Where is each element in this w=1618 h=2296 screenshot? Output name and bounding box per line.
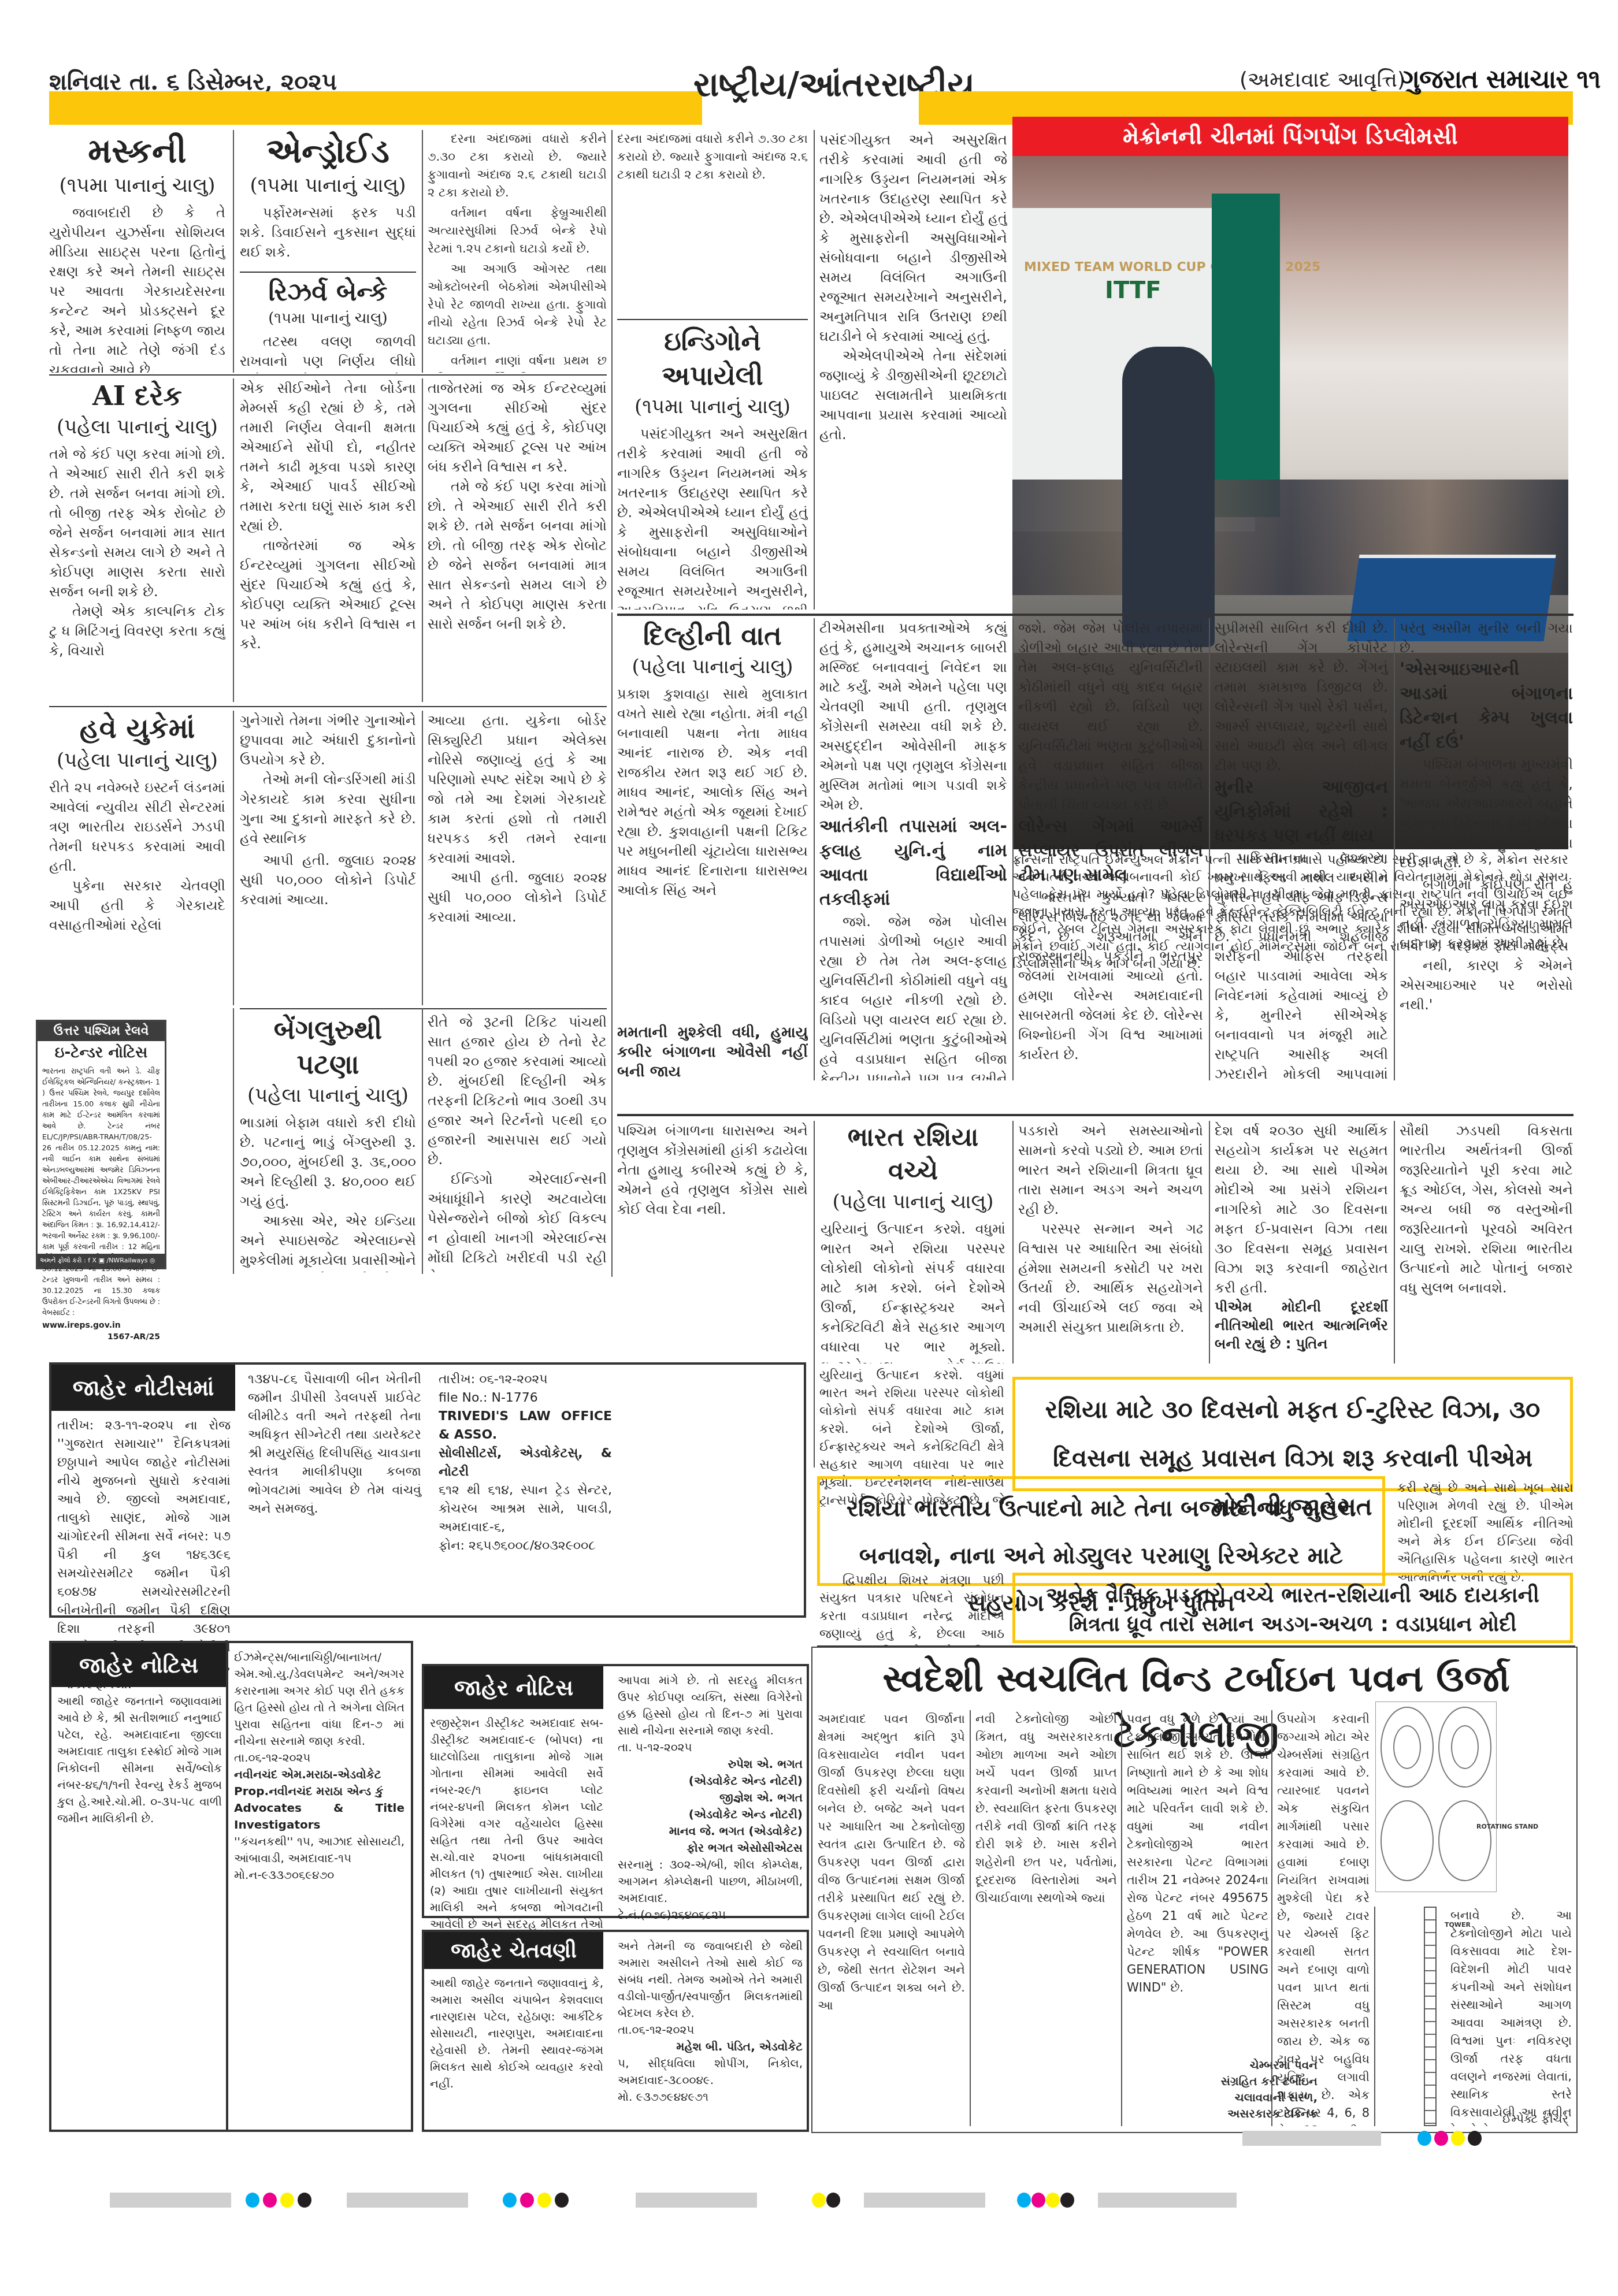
notice-date: તારીખ: ૦૬-૧૨-૨૦૨૫ <box>439 1370 612 1389</box>
notice-title: જાહેર નોટિસ <box>51 1643 226 1687</box>
notice-body-right: આપવા માંગે છે. તો સદરહુ મીલકત ઉપર કોઈપણ … <box>618 1672 803 1923</box>
article-paragraph: તેઓ મની લોન્ડરિંગથી માંડી ગેરકાયદે કામ ક… <box>240 770 416 848</box>
column-divider <box>1121 1710 1122 2126</box>
section-divider <box>617 614 1574 616</box>
notice-signer: રુપેશ એ. ભગત <box>618 1756 803 1773</box>
notice-address: ૬૧૨ થી ૬૧૪, સ્પાન ટ્રેડ સેન્ટર, કોચરબ આશ… <box>439 1481 612 1537</box>
article-indigo-top: દરના અંદાજમાં વધારો કરીને ૭.૩૦ ટકા કરાયો… <box>617 130 808 321</box>
article-modi-speech: દ્વિપક્ષીય શિખર મંત્રણા પછી સંયુક્ત પત્ર… <box>819 1571 1004 1647</box>
article-indigo: ઇન્ડિગોને અપાયેલી (૧૫મા પાનાનું ચાલુ) પસ… <box>617 324 808 610</box>
article-paragraph: કરી રહ્યું છે અને સાથે ખૂબ સારા પરિણામ મ… <box>1397 1479 1574 1587</box>
article-ai-more: તાજેતરમાં જ એક ઈન્ટરવ્યુમાં ગુગલના સીઈઓ … <box>428 378 607 702</box>
column-divider <box>422 1008 423 1274</box>
black-registration-dot <box>1060 2193 1074 2208</box>
article-delhi-col3: જશે. જેમ જેમ પોલીસ તપાસમાં ડોળીઓ બહાર આવ… <box>1018 618 1203 1080</box>
article-paragraph: યુરિયાનું ઉત્પાદન કરશે. વધુમાં ભારત અને … <box>821 1219 1005 1364</box>
article-paragraph: તટસ્થ વલણ જાળવી રાખવાનો પણ નિર્ણય લીધો હ… <box>240 332 416 373</box>
tender-reference: 1567-AR/25 <box>38 1332 165 1342</box>
newspaper-logo: ગુજરાત સમાચાર ૧૧ <box>1401 65 1600 94</box>
column-divider <box>422 378 423 702</box>
article-android: એન્ડ્રોઈડ (૧૫મા પાનાનું ચાલુ) પર્ફોરમન્સ… <box>240 130 416 263</box>
notice-address: ''કંચનકથી'' ૧૫, આઝાદ સોસાયટી, આંબાવાડી, … <box>234 1833 404 1867</box>
cyan-registration-dot <box>503 2193 517 2208</box>
article-paragraph: આક્સા એર, એર ઇન્ડિયા અને સ્પાઇસજેટ એરલાઇ… <box>240 1211 416 1272</box>
article-delhi: દિલ્હીની વાત (પહેલા પાનાનું ચાલુ) પ્રકાશ… <box>617 618 808 1080</box>
article-paragraph: ભારતનો કુખ્યાત ગેંગસ્ટર લોરેન્સ બિશ્નોઇ … <box>1018 887 1203 1064</box>
notice-title: જાહેર નોટિસ <box>424 1666 603 1709</box>
notice-firm: ફોર ભગત એસોસીએટસ <box>618 1840 803 1856</box>
article-kicker: AI દરેક <box>49 378 225 413</box>
column-divider <box>1374 1907 1375 2126</box>
article-paragraph: એક સીઈઓને તેના બોર્ડના મેમ્બર્સ કહી રહ્ય… <box>240 378 416 536</box>
delhi-subhead: લોરેન્સ ગેંગમાં આર્મ્સ સપ્લાયર ઉપરાંત લી… <box>1018 815 1203 887</box>
column-divider <box>1394 618 1395 1080</box>
article-kicker: એન્ડ્રોઈડ <box>240 130 416 172</box>
column-divider <box>422 711 423 1005</box>
wind-column-2: નવી ટેક્નોલોજી ઓછી કિંમત, વધુ અસરકારકતા,… <box>975 1710 1117 2126</box>
delhi-subhead: મુનીર આજીવન યુનિફોર્મમાં રહેશે : ધરપકડ પ… <box>1215 775 1388 848</box>
wind-column-5: બનાવે છે. આ ટેક્નોલોજીને મોટા પાયે વિકસા… <box>1450 1907 1572 2126</box>
article-paragraph: દરના અંદાજમાં વધારો કરીને ૭.૩૦ ટકા કરાયો… <box>428 130 607 202</box>
article-paragraph: વર્તમાન નાણાં વર્ષના પ્રથમ છ મહિનામાં આર… <box>428 352 607 373</box>
article-paragraph: રીતે જે રૂટની ટિકિટ પાંચથી સાત હજાર હોય … <box>428 1012 607 1169</box>
section-divider <box>240 272 416 273</box>
notice-signer: મહેશ બી. પંડિત, એડવોકેટ <box>618 2038 803 2055</box>
black-registration-dot <box>1468 2131 1482 2146</box>
article-paragraph: પુકેના સરકાર ચેતવણી આપી હતી કે ગેરકાયદે … <box>49 876 225 935</box>
notice-public-1-right: ઈઝમેન્ટ્સ/બાનાચિઠ્ઠી/બાનાખત/એમ.ઓ.યુ./ડેવ… <box>228 1641 413 2132</box>
notice-firm-en: Advocates & Title Investigators <box>234 1800 404 1833</box>
page-number: ૧૧ <box>1576 65 1600 94</box>
tower-label: TOWER <box>1445 1921 1471 1929</box>
notice-phone: ફોન: ૨૬૫૭૬૦૦૮/૪૦૩૨૯૦૦૮ <box>439 1537 612 1555</box>
tender-org: ઉત્તર પશ્ચિમ રેલવે <box>38 1021 165 1041</box>
wind-column-3: પવન વધુ મળે છે ત્યાં આ ટેક્નોલોજી અત્યંત… <box>1127 1710 1268 2034</box>
headline-box-putin: રશિયા ભારતીય ઉત્પાદનો માટે તેના બજારને વ… <box>817 1476 1385 1586</box>
column-divider <box>814 618 815 1080</box>
brand-name: ગુજરાત સમાચાર <box>1401 65 1568 94</box>
notice-body-text: ઈઝમેન્ટ્સ/બાનાચિઠ્ઠી/બાનાખત/એમ.ઓ.યુ./ડેવ… <box>234 1649 404 1749</box>
section-divider <box>49 374 607 376</box>
cyan-registration-dot <box>246 2193 259 2208</box>
tender-title: ઇ-ટેન્ડર નોટિસ <box>38 1041 165 1064</box>
article-paragraph: આપી હતી. જુલાઇ ૨૦૨૪ સુધી ૫૦,૦૦૦ લોકોને ડ… <box>428 868 607 927</box>
column-divider <box>814 1121 815 1467</box>
notice-body-left: આથી જાહેર જનતાને જણાવવાનું કે, અમારા અસી… <box>430 1975 603 2092</box>
notice-contact: તારીખ: ૦૬-૧૨-૨૦૨૫ file No.: N-1776 TRIVE… <box>439 1370 612 1555</box>
article-paragraph: પરંતુ અસીમ મુનીર બની ગયા છે. <box>1400 618 1573 657</box>
yellow-registration-dot <box>1451 2131 1465 2146</box>
column-divider <box>1394 1121 1395 1364</box>
article-paragraph: બંગાળમાં કોઈપણ રીતે હું એસઆઇઆર લાગુ કરવા… <box>1400 875 1573 953</box>
article-paragraph: તમે જે કંઈ પણ કરવા માંગો છો. તે એઆઈ સારી… <box>428 477 607 634</box>
notice-firm-desc: સોલીસીટર્સ, એડવોકેટસ્, & નોટરી <box>439 1444 612 1481</box>
article-india-russia-col4: સૌથી ઝડપથી વિકસતા ભારતીય અર્થતંત્રની ઊર્… <box>1400 1121 1573 1364</box>
article-musk: મસ્કની (૧૫મા પાનાનું ચાલુ) જવાબદારી છે ક… <box>49 130 225 373</box>
photo-player <box>1122 347 1215 647</box>
edition-label: (અમદાવાદ આવૃત્તિ) <box>1240 68 1405 92</box>
article-paragraph: જશે. જેમ જેમ પોલીસ તપાસમાં ડોળીઓ બહાર આવ… <box>1018 618 1203 815</box>
headline-box-modi: અનેક વૈશ્વિક પડકારો વચ્ચે ભારત-રશિયાની આ… <box>1012 1573 1573 1643</box>
article-paragraph: પરસ્પર સન્માન અને ગઢ વિશ્વાસ પર આધારિત આ… <box>1018 1219 1203 1337</box>
article-delhi-col2: ટીએમસીના પ્રવક્તાઓએ કહ્યું હતું કે, હુમા… <box>819 618 1007 1080</box>
article-kicker: દિલ્હીની વાત <box>617 618 808 653</box>
article-bengaluru: બેંગલુરુથી પટણા (પહેલા પાનાનું ચાલુ) ભાડ… <box>240 1012 416 1272</box>
article-paragraph: દેશ વર્ષ ૨૦૩૦ સુધી આર્થિક સહયોગ કાર્યક્ર… <box>1215 1121 1388 1298</box>
column-divider <box>611 130 613 610</box>
notice-body-text: અને તેમની જ જવાબદારી છે જેથી અમારા અસીલન… <box>618 1938 803 2022</box>
notice-warning: જાહેર ચેતવણી આથી જાહેર જનતાને જણાવવાનું … <box>422 1930 809 2132</box>
column-divider <box>1271 1710 1272 2126</box>
article-india-russia: ભારત રશિયા વચ્ચે (પહેલા પાનાનું ચાલુ) યુ… <box>821 1121 1005 1364</box>
wind-column-1: અમદાવાદ પવન ઊર્જાના ક્ષેત્રમાં અદ્ભુત ક્… <box>818 1710 965 2126</box>
article-indigo-continued: પસંદગીયુક્ત અને અસુરક્ષિત તરીકે કરવામાં … <box>819 130 1007 610</box>
article-ai: AI દરેક (પહેલા પાનાનું ચાલુ) તમે જે કંઈ … <box>49 378 225 702</box>
chamber-ring-inner-icon <box>1393 1725 1421 1769</box>
article-delhi-col4: સુપ્રીમસી સાબિત કરી દીધી છે. લોરેન્સની ગ… <box>1215 618 1388 1080</box>
article-paragraph: દરના અંદાજમાં વધારો કરીને ૭.૩૦ ટકા કરાયો… <box>617 130 808 184</box>
article-paragraph: તેમણે એક કાલ્પનિક ટોક ટુ ધ મિટિંગનું વિવ… <box>49 601 225 660</box>
notice-signer: જીજ્ઞેશ એ. ભગત <box>618 1789 803 1806</box>
continued-label: (૧૫મા પાનાનું ચાલુ) <box>617 393 808 421</box>
notice-date: તા. ૫-૧૨-૨૦૨૫ <box>618 1739 803 1756</box>
article-paragraph: દ્વિપક્ષીય શિખર મંત્રણા પછી સંયુક્ત પત્ર… <box>819 1571 1004 1647</box>
article-paragraph: જવાબદારી છે કે તે યુરોપીયન યુઝર્સના સોશિ… <box>49 203 225 373</box>
article-kicker: ઇન્ડિગોને અપાયેલી <box>617 324 808 393</box>
cyan-registration-dot <box>1017 2193 1031 2208</box>
article-paragraph: તમે જે કંઈ પણ કરવા માંગો છો. તે એઆઈ સારી… <box>49 444 225 601</box>
article-paragraph: આપી હતી. જુલાઇ ૨૦૨૪ સુધી ૫૦,૦૦૦ લોકોને ડ… <box>240 850 416 909</box>
notice-address: સરનામું : ૩૦૨-એ/બી, શીલ કોમ્પ્લેક્ષ, આગમ… <box>618 1856 803 1907</box>
notice-body-text: આપવા માંગે છે. તો સદરહુ મીલકત ઉપર કોઈપણ … <box>618 1672 803 1739</box>
column-divider <box>233 130 234 373</box>
notice-phone: મો.ન-૯૩૩૭૦૬૯૪૭૦ <box>234 1867 404 1883</box>
registration-strip <box>1242 2131 1381 2146</box>
notice-signer-title: (એડવોકેટ એન્ડ નોટરી) <box>618 1806 803 1823</box>
article-paragraph: ટીએમસીના પ્રવક્તાઓએ કહ્યું હતું કે, હુમા… <box>819 618 1007 815</box>
magenta-registration-dot <box>1434 2131 1448 2146</box>
cyan-registration-dot <box>1417 2131 1431 2146</box>
article-kicker: બેંગલુરુથી પટણા <box>240 1012 416 1082</box>
continued-label: (પહેલા પાનાનું ચાલુ) <box>240 1082 416 1109</box>
black-registration-dot <box>826 2193 840 2208</box>
notice-phone: મો. ૯૩૭૭૯૪૪૯૭૧ <box>618 2089 803 2105</box>
ittf-logo: ITTF <box>1105 277 1161 304</box>
article-paragraph: વર્તમાન વર્ષના ફેબ્રુઆરીથી અત્યારસુધીમાં… <box>428 204 607 258</box>
article-paragraph: આ અગાઉ ઓગસ્ટ તથા ઓક્ટોબરની બેઠકોમાં એમપી… <box>428 260 607 350</box>
column-divider <box>1012 618 1014 1080</box>
chamber-ring-icon <box>1438 1800 1491 1881</box>
article-uk: હવે યુકેમાં (પહેલા પાનાનું ચાલુ) રીતે ૨૫… <box>49 711 225 1005</box>
article-paragraph: પસંદગીયુક્ત અને અસુરક્ષિત તરીકે કરવામાં … <box>617 424 808 610</box>
photo-pillar <box>1212 194 1280 517</box>
notice-title: જાહેર ચેતવણી <box>424 1932 603 1969</box>
yellow-registration-dot <box>1046 2193 1060 2208</box>
article-ai-continued: એક સીઈઓને તેના બોર્ડના મેમ્બર્સ કહી રહ્ય… <box>240 378 416 702</box>
article-paragraph: પસંદગીયુક્ત અને અસુરક્ષિત તરીકે કરવામાં … <box>819 130 1007 346</box>
notice-body-right: અને તેમની જ જવાબદારી છે જેથી અમારા અસીલન… <box>618 1938 803 2105</box>
registration-strip <box>1098 2193 1237 2208</box>
impact-feature-credit: ઈમ્પેક્ટ ફીચર <box>1502 2112 1568 2126</box>
registration-strip <box>347 2193 468 2208</box>
delhi-subhead: 'એસઆઇઆરની આડમાં બંગાળના ડિટેન્શન કેમ્પ ખ… <box>1400 657 1573 755</box>
registration-strip <box>864 2193 985 2208</box>
article-uk-col2: ગુનેગારો તેમના ગંભીર ગુનાઓને છુપાવવા માટ… <box>240 711 416 1005</box>
delhi-subhead: મમતાની મુશ્કેલી વધી, હુમાયુ કબીર બંગાળના… <box>617 1023 808 1080</box>
article-bengaluru-continued: રીતે જે રૂટની ટિકિટ પાંચથી સાત હજાર હોય … <box>428 1012 607 1272</box>
continued-label: (૧૫મા પાનાનું ચાલુ) <box>240 309 416 328</box>
column-divider <box>233 378 234 702</box>
notice-address: ૫, સીદ્ધવિલા શોપીંગ, નિકોલ, અમદાવાદ-૩૮૦૦… <box>618 2055 803 2089</box>
article-kicker: હવે યુકેમાં <box>49 711 225 746</box>
headline-box-visa: રશિયા માટે ૩૦ દિવસનો મફત ઈ-ટુરિસ્ટ વિઝા,… <box>1012 1377 1573 1491</box>
article-india-russia-col2: પડકારો અને સમસ્યાઓનો સામનો કરવો પડ્યો છે… <box>1018 1121 1203 1364</box>
notice-title: જાહેર નોટીસમાં સુધારો <box>51 1365 235 1411</box>
article-mamata: મમતાની મુશ્કેલી વધી, હુમાયુ કબીર બંગાળના… <box>617 1023 808 1080</box>
column-divider <box>422 130 423 373</box>
article-kicker: ભારત રશિયા વચ્ચે <box>821 1121 1005 1188</box>
article-paragraph: પડકારો અને સમસ્યાઓનો સામનો કરવો પડ્યો છે… <box>1018 1121 1203 1219</box>
notice-date: તા.૦૬-૧૨-૨૦૨૫ <box>234 1749 404 1766</box>
article-paragraph: તાજેતરમાં જ એક ઈન્ટરવ્યુમાં ગુગલના સીઈઓ … <box>240 536 416 653</box>
notice-firm: TRIVEDI'S LAW OFFICE & ASSO. <box>439 1407 612 1444</box>
notice-body-right: ઈઝમેન્ટ્સ/બાનાચિઠ્ઠી/બાનાખત/એમ.ઓ.યુ./ડેવ… <box>234 1649 404 1883</box>
column-divider <box>1209 618 1210 1080</box>
e-tender-notice: ઉત્તર પશ્ચિમ રેલવે ઇ-ટેન્ડર નોટિસ ભારતના… <box>36 1020 166 1269</box>
wind-chamber-diagram <box>1375 1701 1497 1892</box>
article-paragraph: આવ્યા હતા. યુકેના બોર્ડર સિક્યુરિટી પ્રધ… <box>428 711 607 868</box>
article-paragraph: પાકિસ્તાનના લશ્કરના પ્રમુખ ફિલ્ડ માર્શલ … <box>1215 848 1388 1080</box>
column-divider <box>814 130 815 610</box>
registration-strip <box>110 2193 231 2208</box>
article-paragraph: સૌથી ઝડપથી વિકસતા ભારતીય અર્થતંત્રની ઊર્… <box>1400 1121 1573 1298</box>
article-paragraph: પર્ફોરમન્સમાં ફરક પડી શકે. ડિવાઈસને નુકસ… <box>240 203 416 262</box>
photo-feature-headline: મેક્રોનની ચીનમાં પિંગપોંગ ડિપ્લોમસી <box>1012 117 1568 156</box>
article-kicker: મસ્કની <box>49 130 225 172</box>
article-paragraph: પશ્ચિમ બંગાળના ધારાસભ્ય અને તૃણમુલ કોંગ્… <box>617 1121 808 1219</box>
masthead-band-left <box>49 91 702 125</box>
article-paragraph: પશ્ચિમ બંગાળના મુખ્યમંત્રી મમતા બેનર્જીએ… <box>1400 755 1573 872</box>
tender-website-link[interactable]: www.ireps.gov.in <box>38 1319 165 1332</box>
magenta-registration-dot <box>520 2193 534 2208</box>
section-divider <box>617 1114 1574 1116</box>
article-paragraph: સુપ્રીમસી સાબિત કરી દીધી છે. લોરેન્સની ગ… <box>1215 618 1388 775</box>
column-divider <box>1012 1121 1014 1364</box>
notice-phone: ટે.નં.(૦૭૯)૨૬૪૦૬૮૨૫ <box>618 1907 803 1923</box>
notice-body-right: ૧૩૪૫-૮૬ પૈસાવાળી બીન ખેતીની જમીન ડીપીસી … <box>248 1370 421 1518</box>
article-reserve-bank: રિઝર્વ બેન્કે (૧૫મા પાનાનું ચાલુ) તટસ્થ … <box>240 276 416 373</box>
notice-firm: Prop.નવીનચંદ મરાઠા એન્ડ કું <box>234 1783 404 1800</box>
column-divider <box>233 711 234 1005</box>
article-paragraph: રીતે ૨૫ નવેમ્બરે ઇસ્ટર્ન લંડનમાં આવેલાં … <box>49 778 225 876</box>
column-divider <box>611 612 613 1277</box>
delhi-subhead: આતંકીની તપાસમાં અલ-ફલાહ યુનિ.નું નામ આવત… <box>819 815 1007 912</box>
article-india-russia-col3: દેશ વર્ષ ૨૦૩૦ સુધી આર્થિક સહયોગ કાર્યક્ર… <box>1215 1121 1388 1364</box>
column-divider <box>233 1008 234 1274</box>
notice-correction: જાહેર નોટીસમાં સુધારો તારીખ: ૨૩-૧૧-૨૦૨૫ … <box>49 1362 806 1618</box>
wind-column-4: ઉપયોગ કરવાની જગ્યાએ મોટા એર ચેમ્બર્સમાં … <box>1277 1710 1370 2126</box>
article-paragraph: નથી, કારણ કે એમને એસઆઇઆર પર ભરોસો નથી.' <box>1400 956 1573 1015</box>
article-paragraph: તાજેતરમાં જ એક ઈન્ટરવ્યુમાં ગુગલના સીઈઓ … <box>428 378 607 477</box>
notice-public-1: જાહેર નોટિસ આથી જાહેર જનતાને જણાવવામાં આ… <box>49 1641 228 2132</box>
article-kicker: રિઝર્વ બેન્કે <box>240 276 416 309</box>
article-uk-col3: આવ્યા હતા. યુકેના બોર્ડર સિક્યુરિટી પ્રધ… <box>428 711 607 1005</box>
continued-label: (૧૫મા પાનાનું ચાલુ) <box>240 172 416 199</box>
article-paragraph: ઈન્ડિગો એરલાઈન્સની અંધાધૂંધીને કારણે અટવ… <box>428 1169 607 1272</box>
yellow-registration-dot <box>812 2193 826 2208</box>
black-registration-dot <box>555 2193 569 2208</box>
russia-subhead: પીએમ મોદીની દૂરદર્શી નીતિઓથી ભારત આત્મનિ… <box>1215 1298 1388 1353</box>
continued-label: (પહેલા પાનાનું ચાલુ) <box>49 413 225 441</box>
article-delhi-col5: પરંતુ અસીમ મુનીર બની ગયા છે. 'એસઆઇઆરની આ… <box>1400 618 1573 1080</box>
column-divider <box>1209 1121 1210 1364</box>
article-mamata-continued: પશ્ચિમ બંગાળના ધારાસભ્ય અને તૃણમુલ કોંગ્… <box>617 1121 808 1375</box>
article-rbi-continued: દરના અંદાજમાં વધારો કરીને ૭.૩૦ ટકા કરાયો… <box>428 130 607 373</box>
chamber-ring-inner-icon <box>1451 1725 1479 1769</box>
magenta-registration-dot <box>1031 2193 1045 2208</box>
article-paragraph: એએલપીએએ તેના સંદેશમાં જણાવ્યું કે ડીજીસી… <box>819 346 1007 444</box>
chamber-ring-icon <box>1381 1800 1434 1881</box>
tower-icon <box>1424 1907 1437 2126</box>
article-paragraph: પ્રકાશ કુશવાહા સાથે મુલાકાત વખતે સાથે રહ… <box>617 684 808 900</box>
black-registration-dot <box>298 2193 311 2208</box>
notice-body-left: આથી જાહેર જનતાને જણાવવામાં આવે છે કે, શ્… <box>57 1693 222 1827</box>
article-paragraph: ભાડામાં બેફામ વધારો કરી દીધો છે. પટનાનું… <box>240 1113 416 1211</box>
section-divider <box>49 706 607 707</box>
continued-label: (પહેલા પાનાનું ચાલુ) <box>49 746 225 774</box>
article-paragraph: ગુનેગારો તેમના ગંભીર ગુનાઓને છુપાવવા માટ… <box>240 711 416 770</box>
magenta-registration-dot <box>263 2193 277 2208</box>
section-divider <box>240 1008 607 1009</box>
continued-label: (૧૫મા પાનાનું ચાલુ) <box>49 172 225 199</box>
continued-label: (પહેલા પાનાનું ચાલુ) <box>821 1188 1005 1216</box>
notice-public-2: જાહેર નોટિસ રજીસ્ટ્રેશન ડીસ્ટ્રીકટ અમદાવ… <box>422 1664 809 1918</box>
notice-date: તા.૦૬-૧૨-૨૦૨૫ <box>618 2022 803 2038</box>
registration-strip <box>636 2193 757 2208</box>
section-divider <box>617 319 808 320</box>
notice-file-no: file No.: N-1776 <box>439 1389 612 1407</box>
notice-signer: માનવ જે. ભગત (એડવોકેટ) <box>618 1823 803 1840</box>
notice-signer-title: (એડવોકેટ એન્ડ નોટરી) <box>618 1773 803 1789</box>
tender-social-footer: અમને ફોલો કરો : f X ▣ /NWRailways ◎ NWRa… <box>38 1254 165 1268</box>
continued-label: (પહેલા પાનાનું ચાલુ) <box>617 653 808 681</box>
article-paragraph: જશે. જેમ જેમ પોલીસ તપાસમાં ડોળીઓ બહાર આવ… <box>819 912 1007 1080</box>
yellow-registration-dot <box>537 2193 551 2208</box>
rotating-stand-label: ROTATING STAND <box>1476 1823 1538 1830</box>
notice-body-left: રજીસ્ટ્રેશન ડીસ્ટ્રીકટ અમદાવાદ સબ-ડીસ્ટ્… <box>430 1715 603 1949</box>
masthead: શનિવાર તા. ૬ ડિસેમ્બર, ૨૦૨૫ રાષ્ટ્રીય/આં… <box>0 0 1618 127</box>
column-divider <box>970 1710 971 2126</box>
yellow-registration-dot <box>280 2193 294 2208</box>
notice-signer: નવીનચંદ એમ.મરાઠા-એડવોકેટ <box>234 1766 404 1783</box>
